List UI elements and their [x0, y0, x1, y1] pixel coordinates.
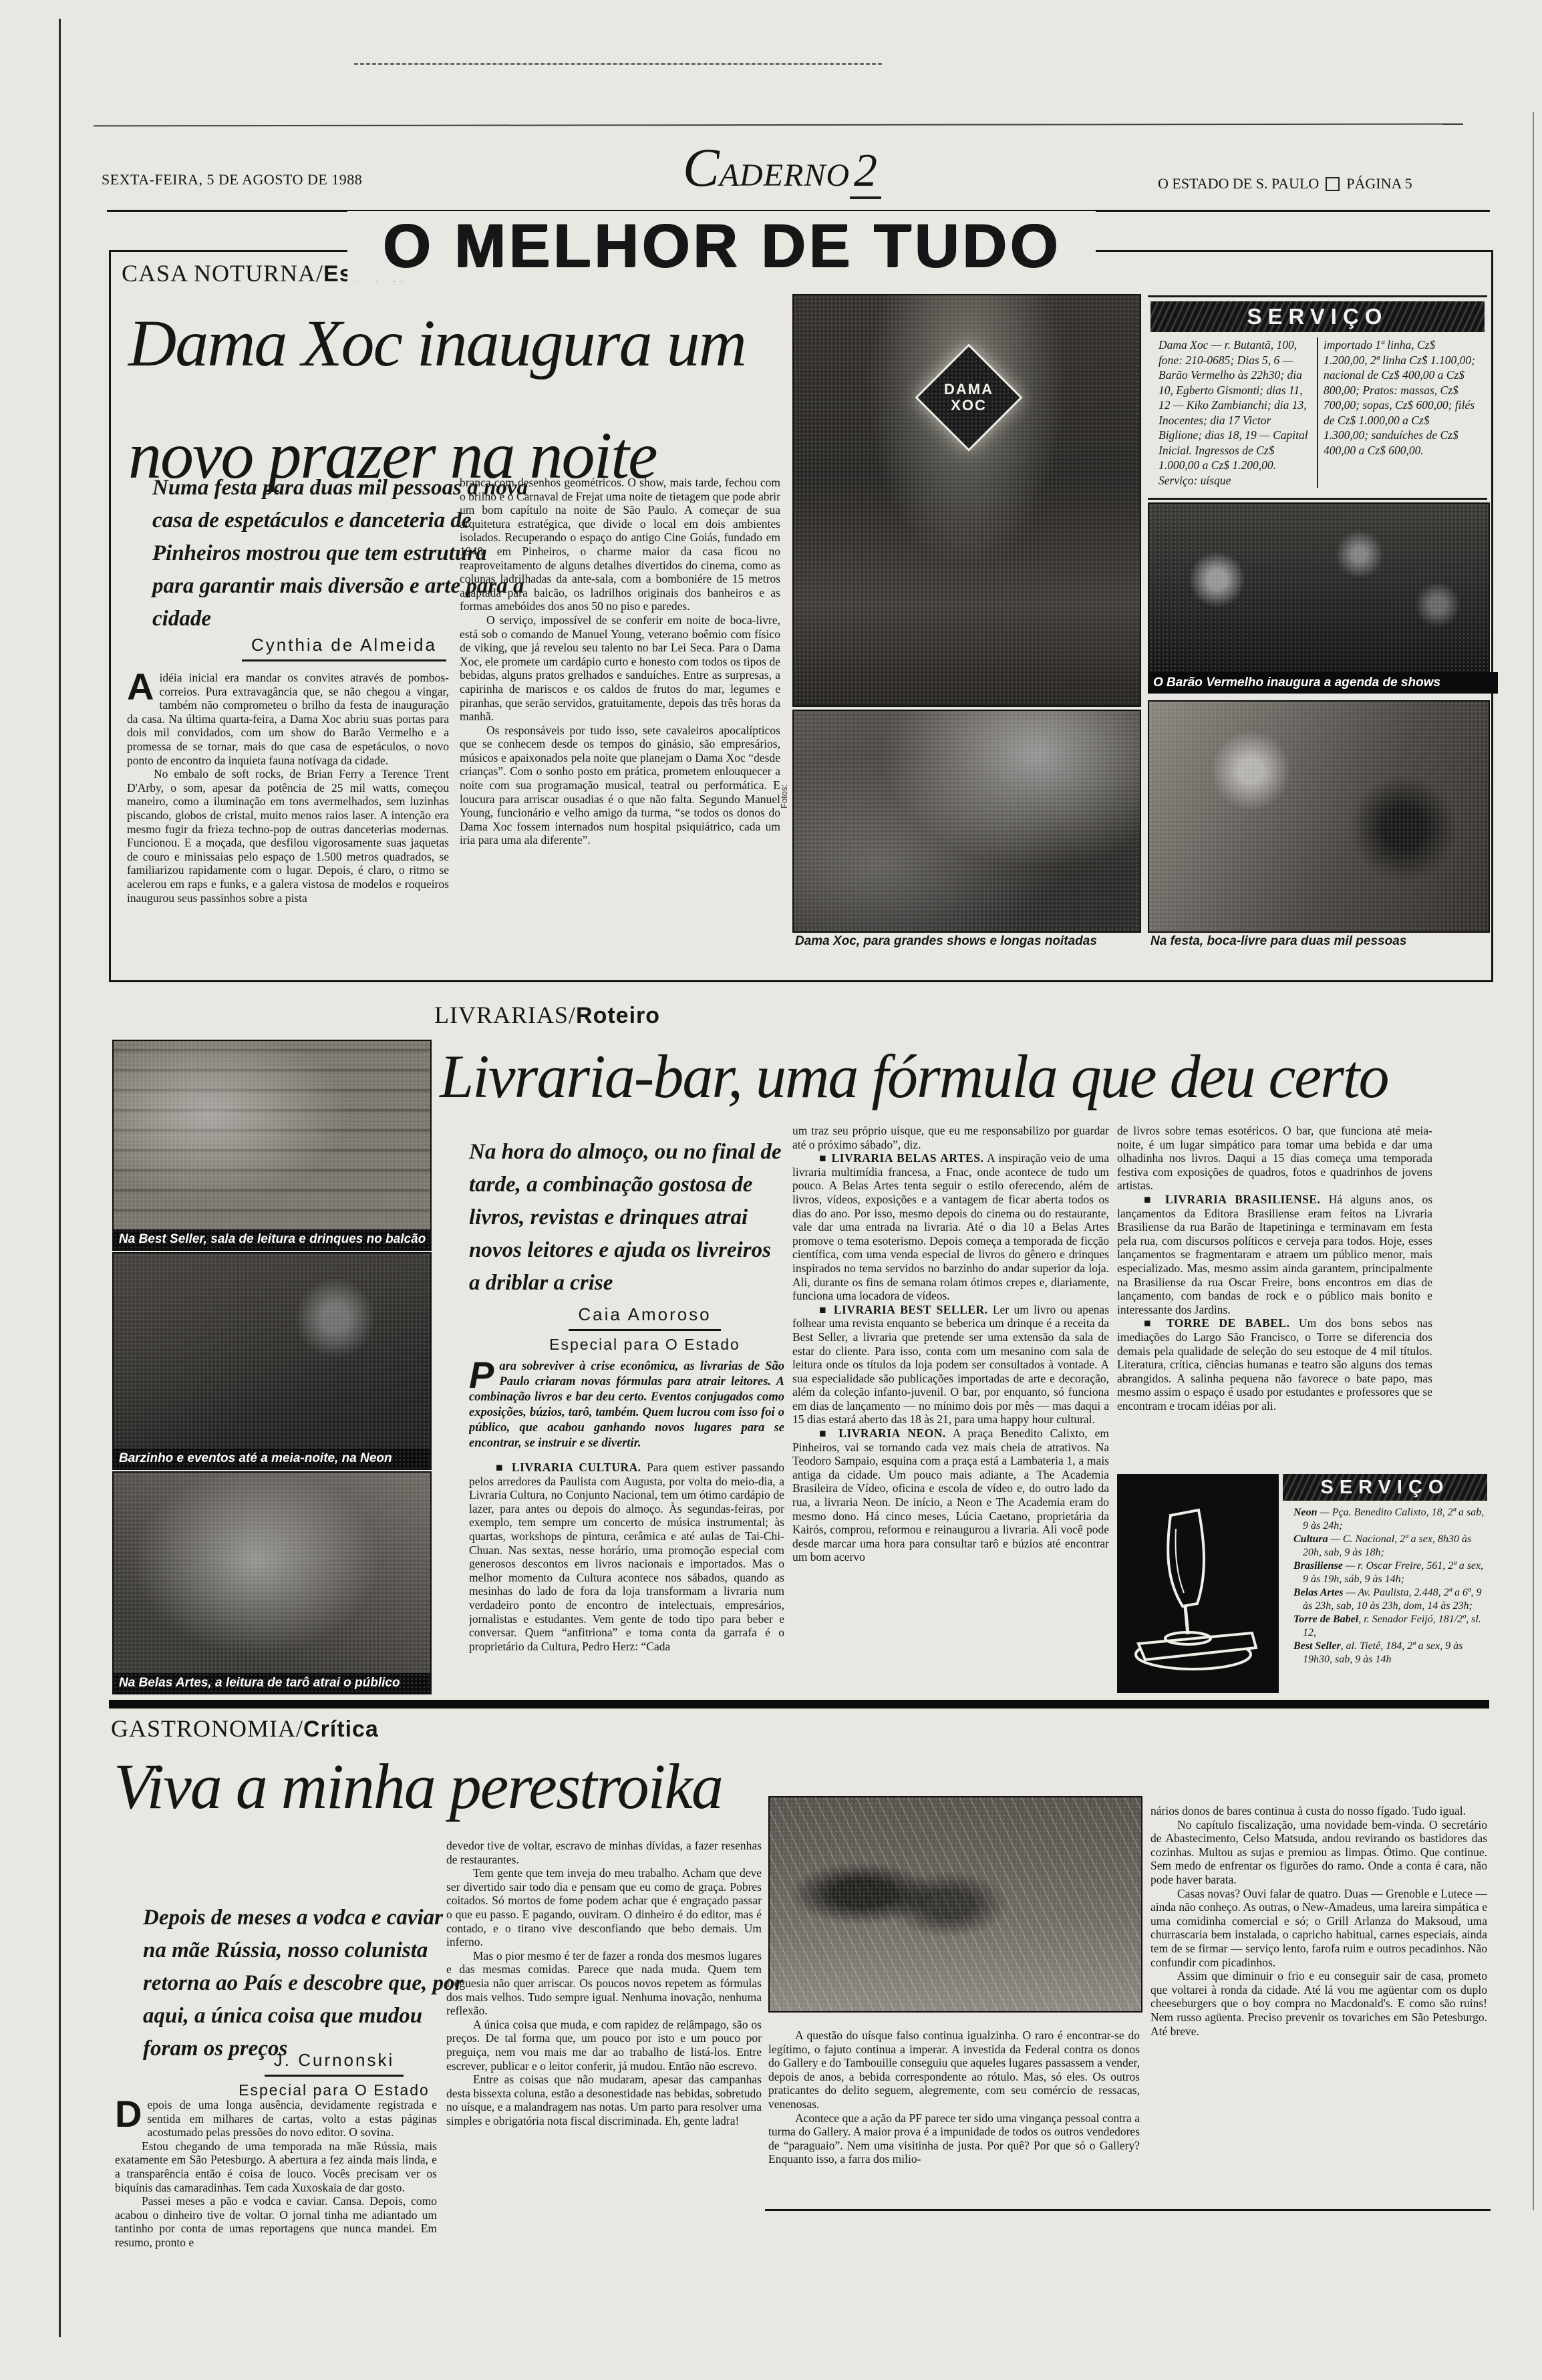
troika-photo — [768, 1796, 1142, 2013]
gastronomia-headline: Viva a minha perestroika — [114, 1748, 722, 1825]
photo-credit: Fotos: — [779, 784, 789, 808]
wine-glass-book-illustration — [1117, 1474, 1279, 1693]
entry-text: Para quem estiver passando pelos arredor… — [469, 1461, 784, 1653]
body-paragraph: epois de uma longa ausência, devidamente… — [147, 2098, 437, 2139]
dama-xoc-facade-photo: DAMA XOC — [792, 294, 1141, 707]
neon-bar-photo: Barzinho e eventos até a meia-noite, na … — [112, 1252, 432, 1470]
body-paragraph: Mas o pior mesmo é ter de fazer a ronda … — [446, 1949, 762, 2018]
page-left-rule — [59, 19, 61, 2337]
body-paragraph: devedor tive de voltar, escravo de minha… — [446, 1839, 762, 1866]
body-paragraph: nários donos de bares continua à custa d… — [1150, 1804, 1487, 1818]
barao-vermelho-show-photo — [1148, 502, 1490, 674]
body-paragraph: idéia inicial era mandar os convites atr… — [127, 671, 449, 767]
servico-columns: Dama Xoc — r. Butantã, 100, fone: 210-06… — [1148, 336, 1487, 489]
section-kicker-gastronomia: GASTRONOMIA/Crítica — [111, 1715, 379, 1743]
servico-item-info: — Pça. Benedito Calixto, 18, 2ª a sab, 9… — [1303, 1507, 1484, 1531]
section-divider-rule — [109, 1700, 1489, 1708]
author-role: Especial para O Estado — [214, 2081, 454, 2099]
livrarias-intro: Para sobreviver à crise econômica, as li… — [469, 1359, 784, 1451]
entry-text: Um dos bons sebos nas imediações do Larg… — [1117, 1316, 1432, 1412]
kicker-category: GASTRONOMIA/ — [111, 1715, 303, 1742]
body-paragraph: A questão do uísque falso continua igual… — [768, 2029, 1140, 2111]
livrarias-headline: Livraria-bar, uma fórmula que deu certo — [440, 1040, 1388, 1113]
glass-illustration-svg — [1118, 1475, 1275, 1689]
casa-column-2: branca com desenhos geométricos. O show,… — [460, 476, 780, 962]
dama-xoc-sign: DAMA XOC — [915, 343, 1022, 451]
kicker-type: Crítica — [303, 1717, 379, 1742]
entry-text: A inspiração veio de uma livraria multim… — [792, 1151, 1109, 1302]
page-banner-title: O MELHOR DE TUDO — [347, 211, 1096, 281]
entry-text: Há alguns anos, os lançamentos da Editor… — [1117, 1193, 1432, 1316]
body-paragraph: Passei meses a pão e vodca e caviar. Can… — [115, 2194, 437, 2249]
casa-headline-line1: Dama Xoc inaugura um — [128, 287, 746, 400]
logo-letter-c: C — [683, 137, 720, 198]
author-name: Caia Amoroso — [569, 1304, 720, 1331]
newspaper-page: { "header": { "date": "SEXTA-FEIRA, 5 DE… — [0, 0, 1542, 2380]
belas-artes-tarot-photo: Na Belas Artes, a leitura de tarô atrai … — [112, 1471, 432, 1694]
gastronomia-bottom-rule — [765, 2209, 1491, 2211]
festa-crowd-photo — [1148, 700, 1490, 933]
servico-item-name: Torre de Babel — [1293, 1614, 1358, 1625]
livrarias-column-b: um traz seu próprio uísque, que eu me re… — [792, 1124, 1109, 1686]
body-paragraph: No embalo de soft rocks, de Brian Ferry … — [127, 767, 449, 905]
gastronomia-column-3: A questão do uísque falso continua igual… — [768, 2029, 1140, 2206]
servico-listing-right: importado 1ª linha, Cz$ 1.200,00, 2ª lin… — [1317, 337, 1482, 488]
body-paragraph: A única coisa que muda, e com rapidez de… — [446, 2018, 762, 2073]
gastronomia-deck: Depois de meses a vodca e caviar na mãe … — [143, 1902, 464, 2065]
servico-listing: Neon — Pça. Benedito Calixto, 18, 2ª a s… — [1283, 1501, 1487, 1666]
top-dashed-mark — [354, 63, 882, 65]
gastronomia-byline: J. Curnonski Especial para O Estado — [214, 2050, 454, 2099]
logo-aderno: ADERNO — [720, 158, 850, 193]
body-paragraph: de livros sobre temas esotéricos. O bar,… — [1117, 1124, 1432, 1193]
gastronomia-column-2: devedor tive de voltar, escravo de minha… — [446, 1839, 762, 2309]
body-paragraph: Assim que diminuir o frio e eu conseguir… — [1150, 1969, 1487, 2038]
paper-name: O ESTADO DE S. PAULO — [1158, 175, 1319, 192]
author-role: Especial para O Estado — [508, 1336, 782, 1354]
caption-belas-artes: Na Belas Artes, a leitura de tarô atrai … — [114, 1673, 430, 1693]
caption-dama-xoc: Dama Xoc, para grandes shows e longas no… — [795, 934, 1138, 949]
body-paragraph: Casas novas? Ouvi falar de quatro. Duas … — [1150, 1887, 1487, 1970]
body-paragraph: Tem gente que tem inveja do meu trabalho… — [446, 1866, 762, 1949]
entry-head-best-seller: ■ LIVRARIA BEST SELLER. — [819, 1303, 987, 1316]
entry-head-brasiliense: ■ LIVRARIA BRASILIENSE. — [1144, 1193, 1320, 1206]
dama-xoc-interior-photo — [792, 710, 1141, 933]
page-right-rule — [1533, 112, 1534, 2210]
entry-head-neon: ■ LIVRARIA NEON. — [819, 1427, 946, 1440]
servico-item-info: — C. Nacional, 2ª a sex, 8h30 às 20h, sa… — [1303, 1533, 1471, 1558]
page-number: PÁGINA 5 — [1346, 175, 1412, 192]
edition-date: SEXTA-FEIRA, 5 DE AGOSTO DE 1988 — [102, 171, 362, 188]
sign-word-xoc: XOC — [951, 398, 987, 414]
best-seller-photo: Na Best Seller, sala de leitura e drinqu… — [112, 1040, 432, 1251]
body-paragraph: Entre as coisas que não mudaram, apesar … — [446, 2073, 762, 2127]
gastronomia-column-1: Depois de uma longa ausência, devidament… — [115, 2098, 437, 2311]
dropcap-a: A — [127, 671, 159, 702]
entry-text: Ler um livro ou apenas folhear uma revis… — [792, 1303, 1109, 1427]
checkbox-square-icon — [1326, 177, 1340, 191]
servico-item-name: Brasiliense — [1293, 1560, 1343, 1572]
caption-neon: Barzinho e eventos até a meia-noite, na … — [114, 1449, 430, 1469]
sign-word-dama: DAMA — [944, 382, 993, 398]
livrarias-deck: Na hora do almoço, ou no final de tarde,… — [469, 1136, 783, 1300]
servico-item-name: Belas Artes — [1293, 1587, 1344, 1598]
servico-box-livrarias: SERVIÇO Neon — Pça. Benedito Calixto, 18… — [1283, 1474, 1487, 1690]
body-paragraph: No capítulo fiscalização, uma novidade b… — [1150, 1818, 1487, 1887]
section-kicker-livrarias: LIVRARIAS/Roteiro — [434, 1001, 660, 1029]
masthead-right: O ESTADO DE S. PAULO PÁGINA 5 — [1158, 175, 1412, 192]
dropcap-d: D — [115, 2098, 147, 2129]
entry-head-belas-artes: ■ LIVRARIA BELAS ARTES. — [819, 1151, 983, 1165]
logo-number: 2 — [850, 145, 881, 199]
body-paragraph: branca com desenhos geométricos. O show,… — [460, 476, 780, 613]
servico-item-name: Cultura — [1293, 1533, 1328, 1545]
entry-text: A praça Benedito Calixto, em Pinheiros, … — [792, 1427, 1109, 1564]
body-paragraph: O serviço, impossível de se conferir em … — [460, 613, 780, 724]
servico-listing-left: Dama Xoc — r. Butantã, 100, fone: 210-06… — [1153, 337, 1317, 488]
kicker-category: LIVRARIAS/ — [434, 1002, 576, 1028]
servico-item-name: Neon — [1293, 1507, 1318, 1518]
entry-head-cultura: ■ LIVRARIA CULTURA. — [496, 1461, 641, 1474]
body-paragraph: um traz seu próprio uísque, que eu me re… — [792, 1124, 1109, 1151]
caption-festa: Na festa, boca-livre para duas mil pesso… — [1150, 934, 1489, 949]
kicker-type: Roteiro — [576, 1003, 660, 1028]
gastronomia-column-4: nários donos de bares continua à custa d… — [1150, 1804, 1487, 2208]
body-paragraph: Os responsáveis por tudo isso, sete cava… — [460, 724, 780, 847]
servico-title-bar: SERVIÇO — [1150, 301, 1485, 332]
casa-column-1: Aidéia inicial era mandar os convites at… — [127, 671, 449, 962]
livrarias-byline: Caia Amoroso Especial para O Estado — [508, 1304, 782, 1354]
servico-item-name: Best Seller — [1293, 1640, 1341, 1652]
caderno2-logo: CADERNO2 — [683, 144, 881, 198]
servico-title-bar: SERVIÇO — [1283, 1474, 1487, 1501]
entry-head-torre-de-babel: ■ TORRE DE BABEL. — [1144, 1316, 1289, 1330]
caption-barao-vermelho: O Barão Vermelho inaugura a agenda de sh… — [1148, 672, 1498, 694]
casa-byline: Cynthia de Almeida — [200, 635, 488, 661]
body-paragraph: Acontece que a ação da PF parece ter sid… — [768, 2111, 1140, 2166]
servico-box-casa: SERVIÇO Dama Xoc — r. Butantã, 100, fone… — [1148, 295, 1487, 500]
dropcap-p: P — [469, 1359, 499, 1390]
livrarias-column-a: Para sobreviver à crise econômica, as li… — [469, 1359, 784, 1689]
author-name: J. Curnonski — [265, 2050, 404, 2077]
body-paragraph: Estou chegando de uma temporada na mãe R… — [115, 2139, 437, 2194]
author-name: Cynthia de Almeida — [242, 635, 446, 661]
page-top-edge — [94, 124, 1463, 127]
kicker-category: CASA NOTURNA/ — [122, 260, 323, 287]
livrarias-column-c: de livros sobre temas esotéricos. O bar,… — [1117, 1124, 1432, 1463]
intro-text: ara sobreviver à crise econômica, as liv… — [469, 1360, 784, 1450]
caption-best-seller: Na Best Seller, sala de leitura e drinqu… — [114, 1229, 430, 1249]
